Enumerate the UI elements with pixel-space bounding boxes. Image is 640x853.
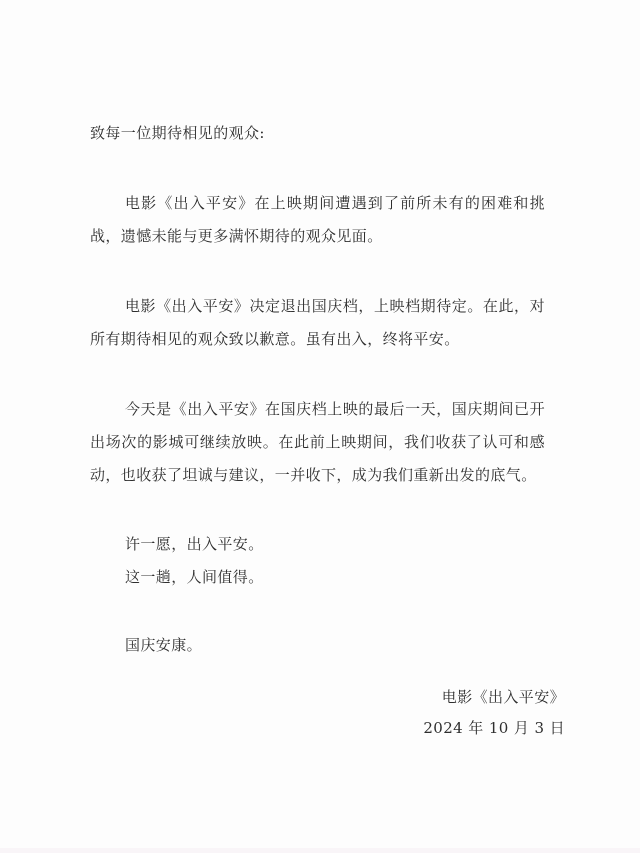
letter-closing: 国庆安康。	[90, 629, 565, 662]
wish-line: 这一趟，人间值得。	[90, 561, 565, 594]
letter-paragraph: 电影《出入平安》决定退出国庆档，上映档期待定。在此，对所有期待相见的观众致以歉意…	[90, 290, 545, 356]
letter-signoff: 电影《出入平安》 2024 年 10 月 3 日	[90, 682, 565, 744]
signature-line: 电影《出入平安》	[90, 682, 565, 713]
wish-line: 许一愿，出入平安。	[90, 528, 565, 561]
letter-paragraph: 今天是《出入平安》在国庆档上映的最后一天，国庆期间已开出场次的影城可继续放映。在…	[90, 393, 545, 492]
letter-wishes: 许一愿，出入平安。 这一趟，人间值得。	[90, 528, 565, 594]
letter-salutation: 致每一位期待相见的观众:	[90, 117, 565, 150]
letter-page: 致每一位期待相见的观众: 电影《出入平安》在上映期间遭遇到了前所未有的困难和挑战…	[0, 0, 640, 853]
letter-paragraph: 电影《出入平安》在上映期间遭遇到了前所未有的困难和挑战，遗憾未能与更多满怀期待的…	[90, 187, 545, 253]
page-bottom-edge	[0, 848, 640, 853]
letter-body: 致每一位期待相见的观众: 电影《出入平安》在上映期间遭遇到了前所未有的困难和挑战…	[0, 0, 640, 744]
date-line: 2024 年 10 月 3 日	[90, 713, 565, 744]
